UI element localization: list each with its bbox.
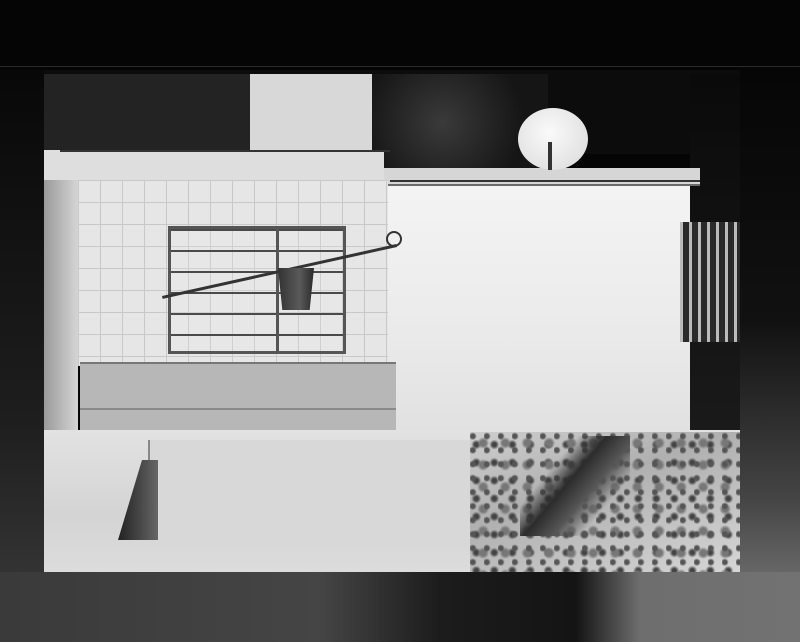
upper-tiled-building: [250, 74, 375, 154]
trench: [520, 436, 630, 536]
railing: [680, 222, 740, 342]
granite-seam: [80, 408, 396, 410]
film-edge-line: [0, 66, 800, 67]
photo-frame: [0, 0, 800, 642]
wall-cornice: [380, 168, 700, 186]
cable: [60, 150, 390, 152]
hanging-bucket: [278, 268, 314, 310]
cable: [390, 180, 700, 182]
satellite-dish-arm: [548, 142, 552, 170]
white-wall: [385, 180, 690, 440]
film-border-right: [740, 70, 800, 572]
shadowed-building: [44, 74, 254, 154]
rod-ring: [386, 231, 402, 247]
concrete-step: [148, 440, 470, 540]
satellite-dish: [518, 108, 588, 170]
grate-vertical-bar: [276, 226, 279, 354]
film-border-left: [0, 70, 44, 572]
film-border-bottom: [0, 572, 800, 642]
